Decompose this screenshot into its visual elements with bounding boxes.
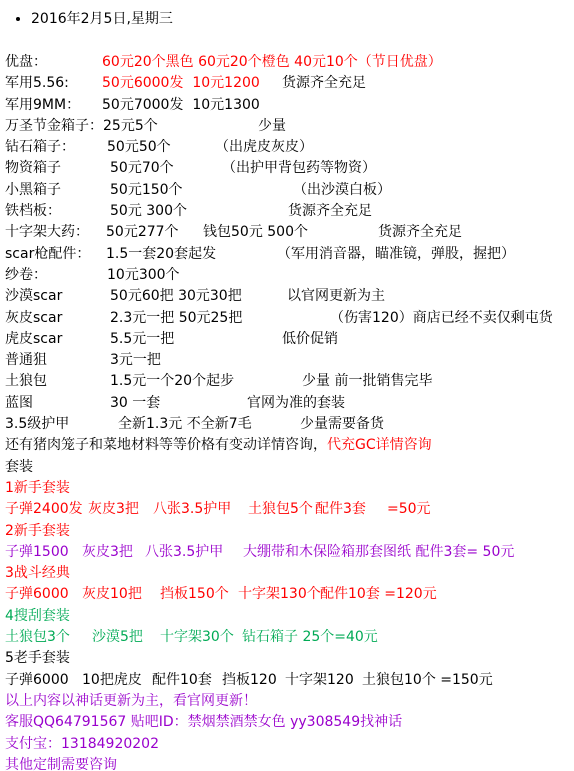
text-segment: 1.5一套20套起发	[106, 244, 216, 265]
text-segment: （出沙漠白板）	[293, 180, 391, 201]
ammo-9mm-line: 军用9MM：50元7000发 10元1300	[0, 95, 574, 116]
text-segment: 60元20个黑色 60元20个橙色 40元10个（节日优盘）	[102, 52, 442, 73]
text-segment: 50元60把 30元30把	[110, 286, 242, 307]
text-segment: 钻石箱子：	[5, 137, 75, 158]
text-segment: 优盘：	[5, 52, 47, 73]
text-segment: 子弹1500	[5, 542, 69, 563]
text-segment: 大绷带和木保险箱那套图纸 配件3套= 50元	[243, 542, 514, 563]
custom-note-line: 其他定制需要咨询	[0, 755, 574, 771]
cross-medicine-line: 十字架大药：50元277个钱包50元 500个货源齐全充足	[0, 222, 574, 243]
blueprint-line: 蓝图30 一套官网为准的套装	[0, 393, 574, 414]
contact-line: 客服QQ64791567 贴吧ID：禁烟禁酒禁女色 yy308549找神话	[0, 712, 574, 733]
text-segment: 支付宝：13184920202	[5, 734, 159, 755]
text-segment: 2.3元一把 50元25把	[110, 308, 242, 329]
bundle3-items-line: 子弹6000灰皮10把挡板150个十字架130个配件10套 =120元	[0, 584, 574, 605]
text-segment: 蓝图	[5, 393, 33, 414]
text-segment: 沙漠scar	[5, 286, 62, 307]
armor-35-line: 3.5级护甲全新1.3元 不全新7毛少量需要备货	[0, 414, 574, 435]
bundle1-items-line: 子弹2400发灰皮3把八张3.5护甲土狼包5个配件3套=50元	[0, 499, 574, 520]
text-segment: 土狼包3个	[5, 627, 70, 648]
text-segment: 50元 300个	[110, 201, 187, 222]
text-segment: 灰皮10把	[82, 584, 142, 605]
text-segment: 5老手套装	[5, 648, 70, 669]
text-segment: 灰皮3把	[88, 499, 139, 520]
desert-scar-line: 沙漠scar50元60把 30元30把以官网更新为主	[0, 286, 574, 307]
text-segment: 套装	[5, 457, 33, 478]
text-segment: 4搜刮套装	[5, 606, 70, 627]
text-segment: 灰皮3把	[82, 542, 133, 563]
text-segment: 50元50个	[107, 137, 171, 158]
tiger-scar-line: 虎皮scar5.5元一把低价促销	[0, 329, 574, 350]
text-segment: 挡板150个	[160, 584, 229, 605]
text-segment: 十字架120	[285, 670, 354, 691]
text-segment: scar枪配件：	[5, 244, 90, 265]
text-segment: （伤害120）商店已经不卖仅剩屯货	[330, 308, 553, 329]
text-segment: 铁档板：	[5, 201, 61, 222]
text-segment: 钻石箱子 25个=40元	[242, 627, 378, 648]
text-segment: 挡板120	[222, 670, 277, 691]
bundles-header-line: 套装	[0, 457, 574, 478]
halloween-gold-box-line: 万圣节金箱子：25元5个少量	[0, 116, 574, 137]
text-segment: 50元6000发 10元1200	[102, 73, 260, 94]
text-segment: 少量需要备货	[300, 414, 384, 435]
text-segment: 军用5.56:	[5, 73, 69, 94]
bundle4-title-line: 4搜刮套装	[0, 606, 574, 627]
text-segment: 普通狙	[5, 350, 47, 371]
text-segment: 以上内容以神话更新为主，看官网更新！	[5, 691, 257, 712]
text-segment: 50元7000发 10元1300	[102, 95, 260, 116]
text-segment: 十字架30个	[160, 627, 234, 648]
text-segment: 货源齐全充足	[378, 222, 462, 243]
update-note-line: 以上内容以神话更新为主，看官网更新！	[0, 691, 574, 712]
date-list-item: 2016年2月5日,星期三	[31, 9, 574, 30]
gray-scar-line: 灰皮scar2.3元一把 50元25把（伤害120）商店已经不卖仅剩屯货	[0, 308, 574, 329]
text-segment: 以官网更新为主	[287, 286, 385, 307]
text-segment: （出护甲背包药等物资）	[222, 158, 376, 179]
text-segment: 其他定制需要咨询	[5, 755, 117, 771]
diamond-box-line: 钻石箱子：50元50个（出虎皮灰皮）	[0, 137, 574, 158]
bundle2-items-line: 子弹1500灰皮3把八张3.5护甲大绷带和木保险箱那套图纸 配件3套= 50元	[0, 542, 574, 563]
text-segment: 10把虎皮	[82, 670, 142, 691]
normal-sniper-line: 普通狙3元一把	[0, 350, 574, 371]
text-segment: 沙漠5把	[92, 627, 143, 648]
text-segment: 万圣节金箱子：25元5个	[5, 116, 158, 137]
text-segment: 配件10套 =120元	[320, 584, 437, 605]
text-segment: 1新手套装	[5, 478, 70, 499]
text-segment: 全新1.3元 不全新7毛	[118, 414, 252, 435]
usb-drive-line: 优盘：60元20个黑色 60元20个橙色 40元10个（节日优盘）	[0, 52, 574, 73]
text-segment: 物资箱子	[5, 158, 61, 179]
text-segment: 少量 前一批销售完毕	[302, 371, 432, 392]
text-segment: 还有猪肉笼子和菜地材料等等价格有变动详情咨询，	[5, 437, 327, 453]
text-segment: 配件10套	[152, 670, 212, 691]
text-segment: 八张3.5护甲	[153, 499, 231, 520]
bundle1-title-line: 1新手套装	[0, 478, 574, 499]
text-segment: 土狼包5个	[248, 499, 313, 520]
text-segment: 十字架130个	[238, 584, 321, 605]
text-segment: 30 一套	[110, 393, 160, 414]
text-segment: 虎皮scar	[5, 329, 62, 350]
date-list: 2016年2月5日,星期三	[0, 9, 574, 30]
scar-parts-line: scar枪配件：1.5一套20套起发（军用消音器，瞄准镜，弹股，握把）	[0, 244, 574, 265]
text-segment: 子弹6000	[5, 670, 69, 691]
bundle2-title-line: 2新手套装	[0, 521, 574, 542]
text-segment: 低价促销	[282, 329, 338, 350]
text-segment: 十字架大药：	[5, 222, 89, 243]
text-segment: 3.5级护甲	[5, 414, 69, 435]
text-segment: 客服QQ64791567 贴吧ID：禁烟禁酒禁女色 yy308549找神话	[5, 712, 402, 733]
text-segment: 5.5元一把	[110, 329, 174, 350]
text-segment: 子弹2400发	[5, 499, 83, 520]
text-segment: 官网为准的套装	[247, 393, 345, 414]
gauze-line: 纱卷：10元300个	[0, 265, 574, 286]
bundle5-items-line: 子弹600010把虎皮配件10套挡板120十字架120土狼包10个 =150元	[0, 670, 574, 691]
text-segment: 土狼包	[5, 371, 47, 392]
price-list: 优盘：60元20个黑色 60元20个橙色 40元10个（节日优盘）军用5.56:…	[0, 52, 574, 771]
text-segment: 50元277个	[106, 222, 179, 243]
text-segment: 50元150个	[110, 180, 183, 201]
text-segment: 3元一把	[110, 350, 161, 371]
text-segment: 八张3.5护甲	[145, 542, 223, 563]
bundle5-title-line: 5老手套装	[0, 648, 574, 669]
text-segment: 代充GC详情咨询	[327, 437, 432, 453]
text-segment: 50元70个	[110, 158, 174, 179]
text-segment: 少量	[258, 116, 286, 137]
text-segment: 10元300个	[107, 265, 180, 286]
text-segment: 军用9MM：	[5, 95, 80, 116]
text-segment: 纱卷：	[5, 265, 47, 286]
supply-box-line: 物资箱子50元70个（出护甲背包药等物资）	[0, 158, 574, 179]
text-segment: 小黑箱子	[5, 180, 61, 201]
bundle4-items-line: 土狼包3个沙漠5把十字架30个钻石箱子 25个=40元	[0, 627, 574, 648]
text-segment: 土狼包10个 =150元	[362, 670, 493, 691]
text-segment: 钱包50元 500个	[203, 222, 308, 243]
text-segment: 配件3套	[315, 499, 366, 520]
text-segment: 子弹6000	[5, 584, 69, 605]
bundle3-title-line: 3战斗经典	[0, 563, 574, 584]
text-segment: 1.5元一个20个起步	[110, 371, 234, 392]
coyote-bag-line: 土狼包1.5元一个20个起步少量 前一批销售完毕	[0, 371, 574, 392]
alipay-line: 支付宝：13184920202	[0, 734, 574, 755]
text-segment: 货源齐全充足	[282, 73, 366, 94]
text-segment: 货源齐全充足	[288, 201, 372, 222]
text-segment: =50元	[387, 499, 431, 520]
text-segment: 3战斗经典	[5, 563, 70, 584]
text-segment: 灰皮scar	[5, 308, 62, 329]
text-segment: （军用消音器，瞄准镜，弹股，握把）	[277, 244, 515, 265]
ammo-556-line: 军用5.56:50元6000发 10元1200货源齐全充足	[0, 73, 574, 94]
iron-plate-line: 铁档板：50元 300个货源齐全充足	[0, 201, 574, 222]
other-goods-note-line: 还有猪肉笼子和菜地材料等等价格有变动详情咨询，代充GC详情咨询	[0, 435, 574, 456]
text-segment: 2新手套装	[5, 521, 70, 542]
small-black-box-line: 小黑箱子50元150个（出沙漠白板）	[0, 180, 574, 201]
text-segment: （出虎皮灰皮）	[215, 137, 313, 158]
